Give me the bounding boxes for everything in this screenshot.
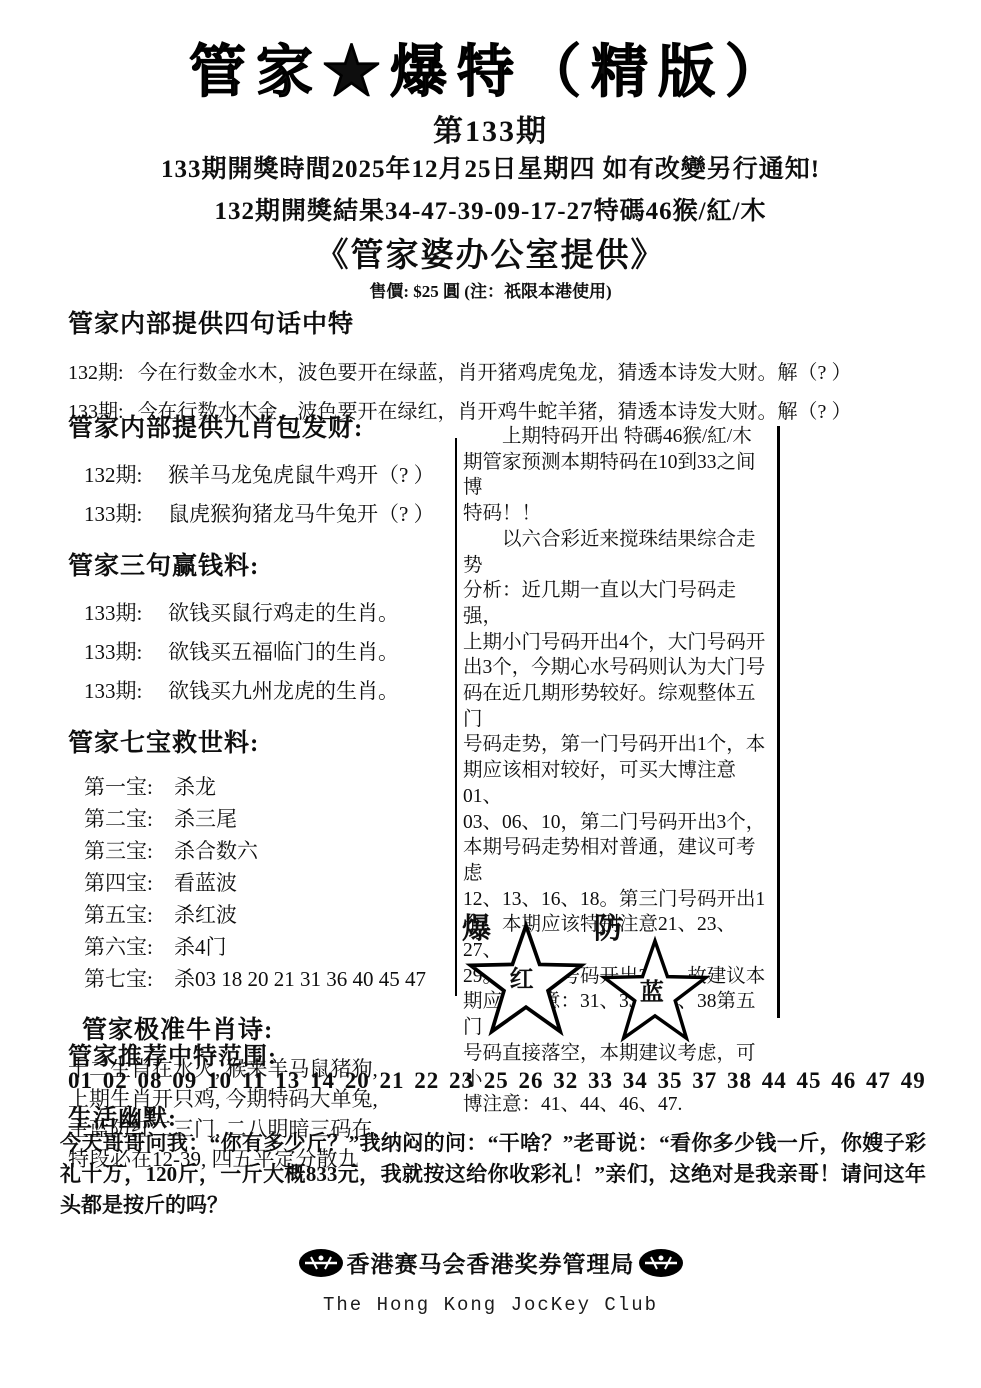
page-title: 管家★爆特（精版） (0, 26, 981, 108)
tip-text: 欲钱买九州龙虎的生肖。 (168, 675, 399, 705)
list-item: 133期: 欲钱买九州龙虎的生肖。 (84, 675, 460, 705)
list-item: 133期: 鼠虎猴狗猪龙马牛兔开（? ） (84, 498, 460, 528)
blue-star: 蓝 (592, 934, 718, 1046)
jockey-club-logo-icon (637, 1247, 685, 1279)
footer-organization-cn: 香港赛马会香港奖券管理局 (347, 1246, 635, 1279)
tip-text: 杀红波 (174, 902, 237, 928)
treasure-label: 第一宝: (84, 774, 158, 800)
tip-text: 杀三尾 (174, 806, 237, 832)
list-item: 133期: 欲钱买鼠行鸡走的生肖。 (84, 597, 460, 627)
footer-organization-en: The Hong Kong JocKey Club (0, 1294, 981, 1316)
section-heading: 管家内部提供四句话中特 (68, 304, 948, 340)
issue-label: 133期: (84, 498, 146, 528)
list-item: 第一宝: 杀龙 (84, 774, 460, 800)
tip-text: 鼠虎猴狗猪龙马牛兔开（? ） (168, 498, 435, 528)
treasure-label: 第四宝: (84, 870, 158, 896)
provider-line: 《管家婆办公室提供》 (0, 229, 981, 276)
footer-organization: 香港赛马会香港奖券管理局 (0, 1246, 981, 1279)
tip-text: 杀龙 (174, 774, 216, 800)
treasure-label: 第七宝: (84, 966, 158, 992)
treasure-label: 第五宝: (84, 902, 158, 928)
price-line: 售價: $25 圓 (注：祇限本港使用) (0, 277, 981, 302)
list-item: 第七宝: 杀03 18 20 21 31 36 40 45 47 (84, 966, 460, 992)
tip-text: 杀4门 (174, 934, 227, 960)
issue-label: 133期: (84, 636, 146, 666)
tip-text: 今在行数金水木，波色要开在绿蓝，肖开猪鸡虎兔龙，猜透本诗发大财。解（? ） (138, 356, 852, 385)
humor-text: 今天哥哥问我：“你有多少斤？”我纳闷的问：“干啥？”老哥说：“看你多少钱一斤，你… (60, 1128, 926, 1221)
column-divider-right (777, 426, 780, 1018)
jockey-club-logo-icon (297, 1247, 345, 1279)
issue-label: 132期: (84, 459, 146, 489)
list-item: 第五宝: 杀红波 (84, 902, 460, 928)
treasure-label: 第六宝: (84, 934, 158, 960)
list-item: 第二宝: 杀三尾 (84, 806, 460, 832)
issue-label: 132期: (68, 356, 124, 385)
section-heading: 管家七宝救世料: (68, 723, 460, 759)
list-item: 第三宝: 杀合数六 (84, 838, 460, 864)
section-heading: 管家内部提供九肖包发财: (68, 408, 460, 444)
draw-time-notice: 133期開獎時間2025年12月25日星期四 如有改變另行通知! (0, 149, 981, 185)
blue-char: 蓝 (640, 972, 664, 1007)
list-item: 132期: 今在行数金水木，波色要开在绿蓝，肖开猪鸡虎兔龙，猜透本诗发大财。解（… (68, 356, 948, 385)
column-divider-left (455, 438, 457, 996)
issue-label: 133期: (84, 675, 146, 705)
tip-text: 杀03 18 20 21 31 36 40 45 47 (174, 966, 426, 992)
tip-text: 看蓝波 (174, 870, 237, 896)
issue-label: 133期: (84, 597, 146, 627)
list-item: 133期: 欲钱买五福临门的生肖。 (84, 636, 460, 666)
treasure-label: 第二宝: (84, 806, 158, 832)
section-heading: 管家三句赢钱料: (68, 546, 460, 582)
recommended-numbers: 01 02 08 09 10 11 13 14 20 21 22 23 25 2… (68, 1068, 926, 1094)
treasure-label: 第三宝: (84, 838, 158, 864)
list-item: 132期: 猴羊马龙兔虎鼠牛鸡开（? ） (84, 459, 460, 489)
tip-sheet-page: 管家★爆特（精版） 第133期 133期開獎時間2025年12月25日星期四 如… (0, 0, 981, 1388)
tip-text: 杀合数六 (174, 838, 258, 864)
tip-text: 猴羊马龙兔虎鼠牛鸡开（? ） (168, 459, 435, 489)
issue-number: 第133期 (0, 106, 981, 150)
red-char: 红 (510, 959, 534, 994)
tip-text: 欲钱买鼠行鸡走的生肖。 (168, 597, 399, 627)
list-item: 第四宝: 看蓝波 (84, 870, 460, 896)
red-star: 红 (458, 918, 594, 1040)
tip-text: 欲钱买五福临门的生肖。 (168, 636, 399, 666)
previous-result-line: 132期開獎結果34-47-39-09-17-27特碼46猴/紅/木 (0, 191, 981, 227)
list-item: 第六宝: 杀4门 (84, 934, 460, 960)
section-heading: 管家推荐中特范围: (68, 1036, 277, 1071)
